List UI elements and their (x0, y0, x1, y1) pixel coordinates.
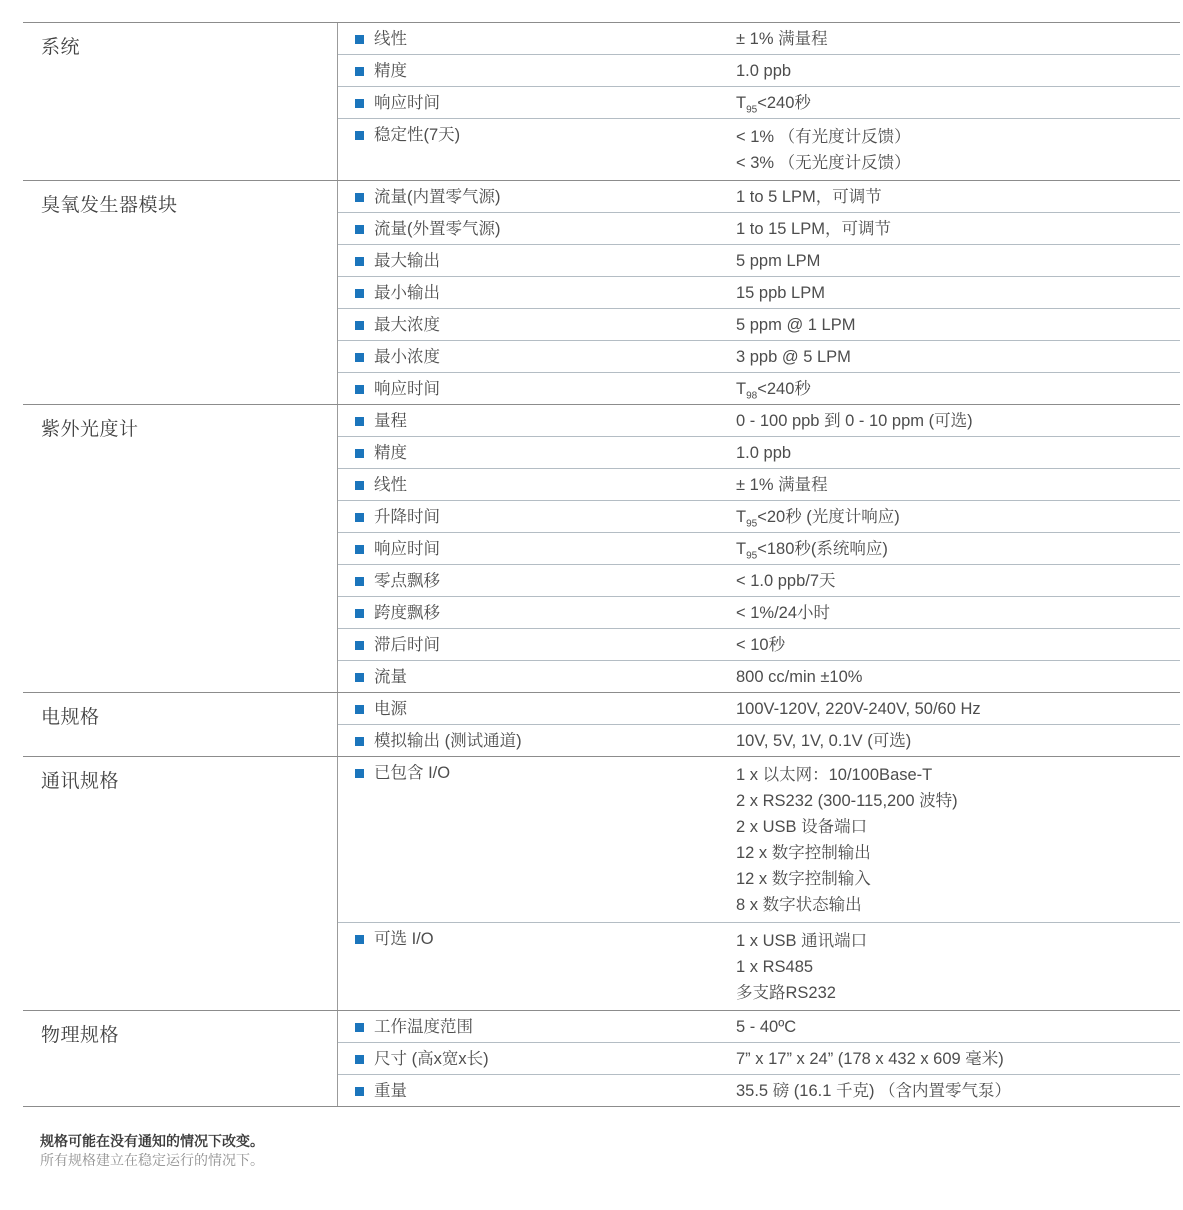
spec-label-cell: 跨度飘移 (338, 602, 736, 624)
spec-row: 重量 35.5 磅 (16.1 千克) （含内置零气泵） (338, 1075, 1180, 1106)
spec-value: 800 cc/min ±10% (736, 666, 1180, 688)
spec-row: 流量(内置零气源) 1 to 5 LPM，可调节 (338, 181, 1180, 213)
section-title: 系统 (23, 23, 337, 180)
bullet-icon (355, 193, 364, 202)
spec-row: 已包含 I/O 1 x 以太网：10/100Base-T 2 x RS232 (… (338, 757, 1180, 923)
spec-label: 跨度飘移 (374, 602, 440, 624)
spec-label: 重量 (374, 1080, 407, 1102)
spec-label-cell: 工作温度范围 (338, 1016, 736, 1038)
spec-value: 5 - 40ºC (736, 1016, 1180, 1038)
value-line: < 1% （有光度计反馈） (736, 124, 1170, 150)
section-rows: 线性 ± 1% 满量程 精度 1.0 ppb 响应时间 T95<240秒 (337, 23, 1180, 180)
bullet-icon (355, 609, 364, 618)
spec-label: 尺寸 (高x宽x长) (374, 1048, 489, 1070)
spec-label: 流量(外置零气源) (374, 218, 501, 240)
spec-label-cell: 量程 (338, 410, 736, 432)
section-rows: 工作温度范围 5 - 40ºC 尺寸 (高x宽x长) 7” x 17” x 24… (337, 1011, 1180, 1106)
spec-label: 电源 (374, 698, 407, 720)
spec-value: 1 to 5 LPM，可调节 (736, 186, 1180, 208)
bullet-icon (355, 417, 364, 426)
spec-label-cell: 流量(外置零气源) (338, 218, 736, 240)
spec-row: 电源 100V-120V, 220V-240V, 50/60 Hz (338, 693, 1180, 725)
section-physical: 物理规格 工作温度范围 5 - 40ºC 尺寸 (高x宽x长) 7” x 17”… (23, 1010, 1180, 1106)
value-line: 多支路RS232 (736, 980, 1170, 1006)
footer-note-2: 所有规格建立在稳定运行的情况下。 (40, 1151, 1183, 1170)
value-base: T (736, 380, 746, 398)
value-line: 1 x 以太网：10/100Base-T (736, 762, 1170, 788)
spec-row: 工作温度范围 5 - 40ºC (338, 1011, 1180, 1043)
section-electrical: 电规格 电源 100V-120V, 220V-240V, 50/60 Hz 模拟… (23, 692, 1180, 756)
spec-label-cell: 响应时间 (338, 92, 736, 114)
spec-value: 10V, 5V, 1V, 0.1V (可选) (736, 730, 1180, 752)
spec-label-cell: 零点飘移 (338, 570, 736, 592)
section-rows: 电源 100V-120V, 220V-240V, 50/60 Hz 模拟输出 (… (337, 693, 1180, 756)
bullet-icon (355, 225, 364, 234)
spec-label-cell: 重量 (338, 1080, 736, 1102)
bullet-icon (355, 1055, 364, 1064)
spec-value: < 10秒 (736, 634, 1180, 656)
spec-label: 精度 (374, 60, 407, 82)
spec-label: 工作温度范围 (374, 1016, 473, 1038)
value-line: 12 x 数字控制输出 (736, 840, 1170, 866)
value-base: T (736, 94, 746, 112)
spec-label: 最大输出 (374, 250, 440, 272)
spec-row: 精度 1.0 ppb (338, 437, 1180, 469)
spec-label-cell: 最大输出 (338, 250, 736, 272)
bullet-icon (355, 321, 364, 330)
spec-row: 最小输出 15 ppb LPM (338, 277, 1180, 309)
spec-label: 可选 I/O (374, 928, 434, 950)
spec-value: < 1% （有光度计反馈） < 3% （无光度计反馈） (736, 124, 1180, 176)
bullet-icon (355, 449, 364, 458)
value-subscript: 95 (746, 550, 757, 561)
spec-row: 响应时间 T95<240秒 (338, 87, 1180, 119)
spec-row: 最小浓度 3 ppb @ 5 LPM (338, 341, 1180, 373)
spec-label: 最小输出 (374, 282, 440, 304)
section-title: 紫外光度计 (23, 405, 337, 692)
value-rest: <240秒 (757, 380, 811, 398)
spec-label: 滞后时间 (374, 634, 440, 656)
value-subscript: 95 (746, 104, 757, 115)
value-rest: <240秒 (757, 94, 811, 112)
spec-label-cell: 尺寸 (高x宽x长) (338, 1048, 736, 1070)
spec-row: 线性 ± 1% 满量程 (338, 23, 1180, 55)
bullet-icon (355, 1087, 364, 1096)
spec-value: T95<180秒(系统响应) (736, 538, 1180, 560)
spec-row: 量程 0 - 100 ppb 到 0 - 10 ppm (可选) (338, 405, 1180, 437)
spec-row: 模拟输出 (测试通道) 10V, 5V, 1V, 0.1V (可选) (338, 725, 1180, 756)
spec-label-cell: 滞后时间 (338, 634, 736, 656)
section-communication: 通讯规格 已包含 I/O 1 x 以太网：10/100Base-T 2 x RS… (23, 756, 1180, 1010)
spec-row: 精度 1.0 ppb (338, 55, 1180, 87)
section-ozone-generator: 臭氧发生器模块 流量(内置零气源) 1 to 5 LPM，可调节 流量(外置零气… (23, 180, 1180, 404)
bullet-icon (355, 935, 364, 944)
section-rows: 流量(内置零气源) 1 to 5 LPM，可调节 流量(外置零气源) 1 to … (337, 181, 1180, 404)
value-line: 2 x RS232 (300-115,200 波特) (736, 788, 1170, 814)
spec-label-cell: 已包含 I/O (338, 762, 736, 784)
spec-label-cell: 最小输出 (338, 282, 736, 304)
value-line: 8 x 数字状态输出 (736, 892, 1170, 918)
spec-row: 升降时间 T95<20秒 (光度计响应) (338, 501, 1180, 533)
bullet-icon (355, 481, 364, 490)
bullet-icon (355, 99, 364, 108)
spec-row: 最大输出 5 ppm LPM (338, 245, 1180, 277)
spec-label: 流量(内置零气源) (374, 186, 501, 208)
spec-value: 100V-120V, 220V-240V, 50/60 Hz (736, 698, 1180, 720)
spec-value: T95<20秒 (光度计响应) (736, 506, 1180, 528)
bullet-icon (355, 67, 364, 76)
footer-notes: 规格可能在没有通知的情况下改变。 所有规格建立在稳定运行的情况下。 (40, 1132, 1183, 1170)
bullet-icon (355, 353, 364, 362)
spec-label: 响应时间 (374, 378, 440, 400)
spec-label: 线性 (374, 474, 407, 496)
bullet-icon (355, 673, 364, 682)
spec-label-cell: 稳定性(7天) (338, 124, 736, 146)
spec-value: ± 1% 满量程 (736, 28, 1180, 50)
spec-label: 最小浓度 (374, 346, 440, 368)
value-line: 1 x RS485 (736, 954, 1170, 980)
spec-label: 精度 (374, 442, 407, 464)
spec-value: T95<240秒 (736, 92, 1180, 114)
value-line: < 3% （无光度计反馈） (736, 150, 1170, 176)
spec-value: ± 1% 满量程 (736, 474, 1180, 496)
spec-value: 15 ppb LPM (736, 282, 1180, 304)
spec-row: 线性 ± 1% 满量程 (338, 469, 1180, 501)
spec-label: 最大浓度 (374, 314, 440, 336)
spec-row: 流量 800 cc/min ±10% (338, 661, 1180, 692)
spec-label-cell: 模拟输出 (测试通道) (338, 730, 736, 752)
spec-label-cell: 线性 (338, 28, 736, 50)
spec-label-cell: 精度 (338, 60, 736, 82)
spec-label: 线性 (374, 28, 407, 50)
bullet-icon (355, 545, 364, 554)
section-system: 系统 线性 ± 1% 满量程 精度 1.0 ppb 响应时间 (23, 22, 1180, 180)
spec-label-cell: 最小浓度 (338, 346, 736, 368)
value-base: T (736, 508, 746, 526)
spec-label-cell: 响应时间 (338, 538, 736, 560)
value-rest: <20秒 (光度计响应) (757, 508, 900, 526)
section-rows: 已包含 I/O 1 x 以太网：10/100Base-T 2 x RS232 (… (337, 757, 1180, 1010)
bullet-icon (355, 769, 364, 778)
bullet-icon (355, 385, 364, 394)
value-line: 12 x 数字控制输入 (736, 866, 1170, 892)
spec-label: 零点飘移 (374, 570, 440, 592)
spec-label: 响应时间 (374, 92, 440, 114)
spec-value: 3 ppb @ 5 LPM (736, 346, 1180, 368)
spec-value: 35.5 磅 (16.1 千克) （含内置零气泵） (736, 1080, 1180, 1102)
section-title: 臭氧发生器模块 (23, 181, 337, 404)
section-title: 通讯规格 (23, 757, 337, 1010)
spec-row: 可选 I/O 1 x USB 通讯端口 1 x RS485 多支路RS232 (338, 923, 1180, 1010)
spec-label: 稳定性(7天) (374, 124, 460, 146)
value-line: 2 x USB 设备端口 (736, 814, 1170, 840)
section-rows: 量程 0 - 100 ppb 到 0 - 10 ppm (可选) 精度 1.0 … (337, 405, 1180, 692)
spec-value: 7” x 17” x 24” (178 x 432 x 609 毫米) (736, 1048, 1180, 1070)
spec-label: 量程 (374, 410, 407, 432)
bullet-icon (355, 513, 364, 522)
spec-value: 1.0 ppb (736, 442, 1180, 464)
value-base: T (736, 540, 746, 558)
bullet-icon (355, 577, 364, 586)
value-rest: <180秒(系统响应) (757, 540, 888, 558)
spec-label: 升降时间 (374, 506, 440, 528)
spec-value: 1 x 以太网：10/100Base-T 2 x RS232 (300-115,… (736, 762, 1180, 918)
spec-label-cell: 流量 (338, 666, 736, 688)
bullet-icon (355, 131, 364, 140)
spec-row: 跨度飘移 < 1%/24小时 (338, 597, 1180, 629)
spec-label-cell: 响应时间 (338, 378, 736, 400)
value-line: 1 x USB 通讯端口 (736, 928, 1170, 954)
spec-value: < 1.0 ppb/7天 (736, 570, 1180, 592)
bullet-icon (355, 641, 364, 650)
spec-label-cell: 流量(内置零气源) (338, 186, 736, 208)
spec-label-cell: 线性 (338, 474, 736, 496)
spec-label-cell: 精度 (338, 442, 736, 464)
spec-label-cell: 最大浓度 (338, 314, 736, 336)
spec-label: 流量 (374, 666, 407, 688)
spec-label: 已包含 I/O (374, 762, 450, 784)
spec-value: 1 x USB 通讯端口 1 x RS485 多支路RS232 (736, 928, 1180, 1006)
section-title: 电规格 (23, 693, 337, 756)
bullet-icon (355, 35, 364, 44)
spec-row: 零点飘移 < 1.0 ppb/7天 (338, 565, 1180, 597)
spec-value: < 1%/24小时 (736, 602, 1180, 624)
spec-row: 响应时间 T95<180秒(系统响应) (338, 533, 1180, 565)
bullet-icon (355, 289, 364, 298)
spec-value: 1.0 ppb (736, 60, 1180, 82)
spec-label-cell: 升降时间 (338, 506, 736, 528)
spec-label: 响应时间 (374, 538, 440, 560)
spec-value: 1 to 15 LPM，可调节 (736, 218, 1180, 240)
spec-value: 5 ppm LPM (736, 250, 1180, 272)
spec-label: 模拟输出 (测试通道) (374, 730, 522, 752)
bullet-icon (355, 257, 364, 266)
spec-value: T98<240秒 (736, 378, 1180, 400)
section-title: 物理规格 (23, 1011, 337, 1106)
spec-row: 流量(外置零气源) 1 to 15 LPM，可调节 (338, 213, 1180, 245)
spec-row: 尺寸 (高x宽x长) 7” x 17” x 24” (178 x 432 x 6… (338, 1043, 1180, 1075)
footer-note-1: 规格可能在没有通知的情况下改变。 (40, 1132, 1183, 1151)
spec-row: 滞后时间 < 10秒 (338, 629, 1180, 661)
spec-row: 稳定性(7天) < 1% （有光度计反馈） < 3% （无光度计反馈） (338, 119, 1180, 180)
spec-table: 系统 线性 ± 1% 满量程 精度 1.0 ppb 响应时间 (23, 22, 1180, 1107)
bullet-icon (355, 737, 364, 746)
bullet-icon (355, 1023, 364, 1032)
value-subscript: 95 (746, 518, 757, 529)
bullet-icon (355, 705, 364, 714)
spec-label-cell: 可选 I/O (338, 928, 736, 950)
spec-row: 最大浓度 5 ppm @ 1 LPM (338, 309, 1180, 341)
spec-value: 0 - 100 ppb 到 0 - 10 ppm (可选) (736, 410, 1180, 432)
spec-row: 响应时间 T98<240秒 (338, 373, 1180, 404)
spec-label-cell: 电源 (338, 698, 736, 720)
section-uv-photometer: 紫外光度计 量程 0 - 100 ppb 到 0 - 10 ppm (可选) 精… (23, 404, 1180, 692)
spec-value: 5 ppm @ 1 LPM (736, 314, 1180, 336)
value-subscript: 98 (746, 390, 757, 401)
